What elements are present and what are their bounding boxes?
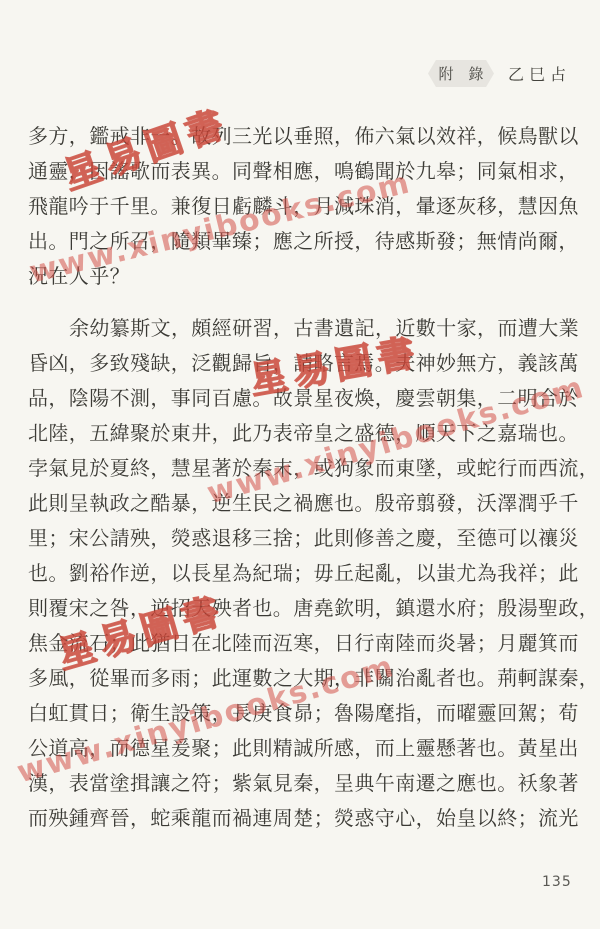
paragraph-2: 余幼纂斯文，頗經研習，古書遺記，近數十家，而遭大業 昏凶，多致殘缺，泛觀歸旨，請… bbox=[28, 312, 580, 837]
text-line: 多風，從畢而多雨；此運數之大期，非關治亂者也。荊軻謀秦， bbox=[28, 662, 580, 697]
appendix-tag-label: 附 錄 bbox=[438, 63, 483, 84]
text-line: 白虹貫日；衛生設策，長庚食昴；魯陽麾指，而曜靈回駕；荀 bbox=[28, 697, 580, 732]
page-number: 135 bbox=[542, 874, 572, 890]
text-line: 而殃鍾齊晉，蛇乘龍而禍連周楚；熒惑守心，始皇以終；流光 bbox=[28, 802, 580, 837]
text-line: 此則呈執政之酷暴，逆生民之禍應也。殷帝翦發，沃澤潤乎千 bbox=[28, 487, 580, 522]
text-line: 公道高，而德星爰聚；此則精誠所感，而上靈懸著也。黃星出 bbox=[28, 732, 580, 767]
appendix-tag: 附 錄 bbox=[428, 60, 494, 87]
text-line: 出。門之所召，隨類畢臻；應之所授，待感斯發；無情尚爾， bbox=[28, 225, 580, 260]
book-page: 附 錄 乙巳占 多方，鑑戒非一。故列三光以垂照，佈六氣以效祥，候鳥獸以 通靈，因… bbox=[0, 0, 600, 929]
text-line: 也。劉裕作逆，以長星為紀瑞；毋丘起亂，以蚩尤為我祥；此 bbox=[28, 557, 580, 592]
text-line: 況在人乎？ bbox=[28, 260, 580, 295]
text-line: 里；宋公請殃，熒惑退移三捨；此則修善之慶，至德可以禳災 bbox=[28, 522, 580, 557]
text-line: 飛龍吟于千里。兼復日虧麟斗，月減珠消，暈逐灰移，慧因魚 bbox=[28, 190, 580, 225]
text-line: 多方，鑑戒非一。故列三光以垂照，佈六氣以效祥，候鳥獸以 bbox=[28, 120, 580, 155]
text-line: 余幼纂斯文，頗經研習，古書遺記，近數十家，而遭大業 bbox=[28, 312, 580, 347]
text-line: 孛氣見於夏終，慧星著於秦末，或狗象而東墜，或蛇行而西流， bbox=[28, 452, 580, 487]
text-line: 通靈，因謠歌而表異。同聲相應，鳴鶴聞於九皋；同氣相求， bbox=[28, 155, 580, 190]
running-title: 乙巳占 bbox=[508, 62, 571, 85]
text-line: 品，陰陽不測，事同百慮。故景星夜煥，慶雲朝集，二明合於 bbox=[28, 382, 580, 417]
text-line: 焦金流石；此猶日在北陸而沍寒，日行南陸而炎暑；月麗箕而 bbox=[28, 627, 580, 662]
paragraph-1: 多方，鑑戒非一。故列三光以垂照，佈六氣以效祥，候鳥獸以 通靈，因謠歌而表異。同聲… bbox=[28, 120, 580, 295]
text-line: 昏凶，多致殘缺，泛觀歸旨，請略言焉。夫神妙無方，義該萬 bbox=[28, 347, 580, 382]
text-line: 則覆宋之咎，逆招天殃者也。唐堯欽明，鎮還水府；殷湯聖政， bbox=[28, 592, 580, 627]
text-line: 漢，表當塗揖讓之符；紫氣見秦，呈典午南遷之應也。袄象著 bbox=[28, 767, 580, 802]
page-header: 附 錄 乙巳占 bbox=[0, 58, 600, 88]
text-line: 北陸，五緯聚於東井，此乃表帝皇之盛德，順天下之嘉瑞也。 bbox=[28, 417, 580, 452]
